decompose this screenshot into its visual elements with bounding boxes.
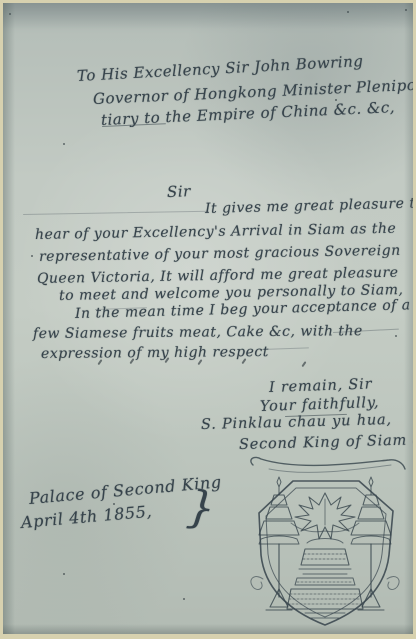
photo-speck xyxy=(395,335,397,337)
signature-title: Second King of Siam &c, xyxy=(239,432,413,453)
scanned-letter-page: To His Excellency Sir John Bowring Gover… xyxy=(0,0,416,639)
signature: S. Pinklau chau yu hua, xyxy=(201,412,392,433)
photo-speck xyxy=(335,99,337,101)
body-line: It gives me great pleasure to xyxy=(205,195,413,217)
salutation: Sir xyxy=(167,182,191,201)
closing-line: I remain, Sir xyxy=(269,376,373,396)
photo-edge-shadow-bottom xyxy=(3,624,413,634)
photo-edge-shadow-right xyxy=(404,3,413,634)
body-line: representative of your most gracious Sov… xyxy=(39,243,401,265)
dateline-brace: } xyxy=(184,481,218,535)
letter-photograph: To His Excellency Sir John Bowring Gover… xyxy=(3,3,413,634)
body-line: expression of my high respect xyxy=(41,344,269,362)
photo-speck xyxy=(183,598,185,600)
body-line: hear of your Excellency's Arrival in Sia… xyxy=(35,221,396,243)
photo-speck xyxy=(63,143,65,145)
photo-speck xyxy=(31,255,33,257)
photo-speck xyxy=(347,11,349,13)
photo-edge-shadow-left xyxy=(3,3,15,634)
photo-speck xyxy=(63,573,65,575)
photo-speck xyxy=(113,503,115,505)
second-king-seal-icon xyxy=(239,451,411,634)
body-line: few Siamese fruits meat, Cake &c, with t… xyxy=(33,323,363,342)
pen-tick xyxy=(301,361,306,367)
pen-lead-line xyxy=(23,211,209,216)
photo-edge-shadow-top xyxy=(3,3,413,29)
